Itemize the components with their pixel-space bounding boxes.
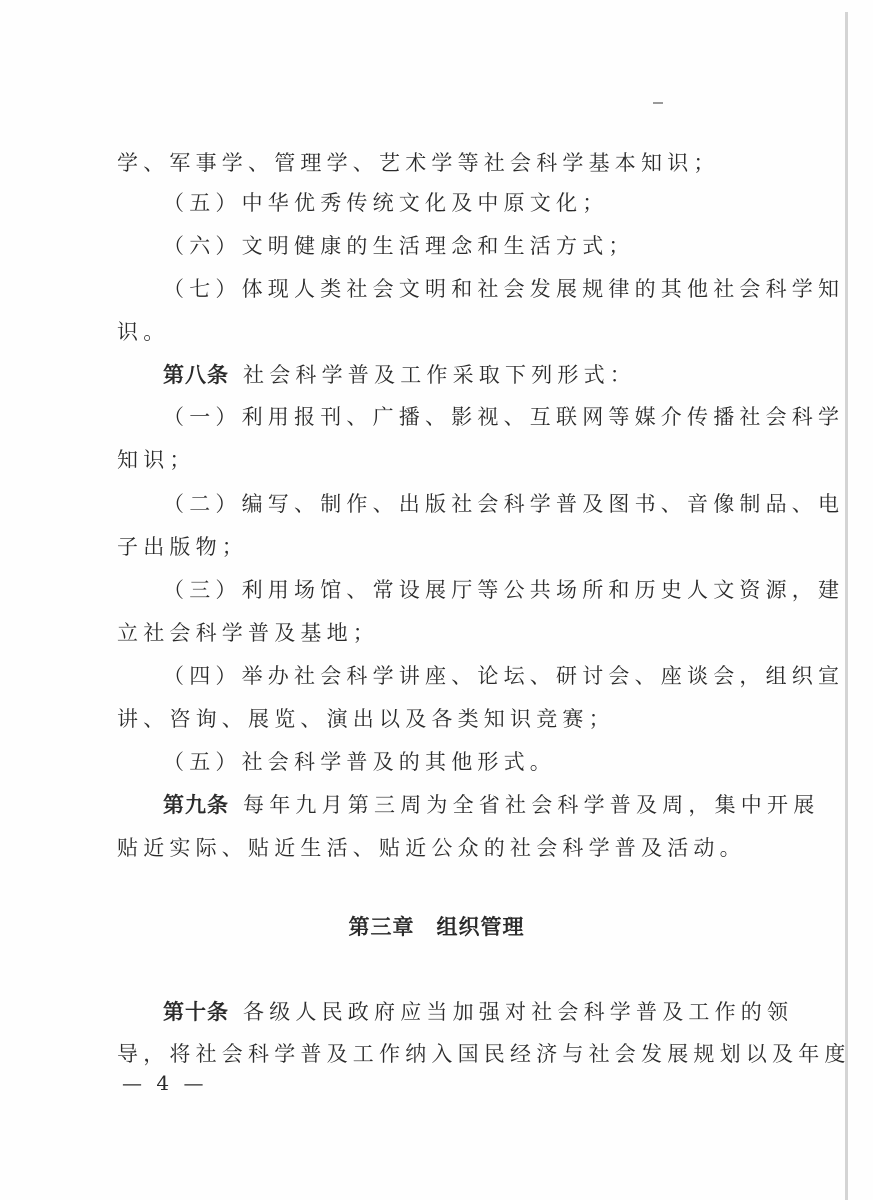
article-label: 第八条 bbox=[163, 363, 229, 387]
list-item: （五）社会科学普及的其他形式。 bbox=[163, 747, 803, 777]
chapter-title: 组织管理 bbox=[437, 915, 525, 939]
list-item: （四）举办社会科学讲座、论坛、研讨会、座谈会，组织宣 bbox=[163, 661, 803, 691]
text-line: 识。 bbox=[117, 317, 757, 347]
text-line: 子出版物； bbox=[117, 532, 757, 562]
text-line: 贴近实际、贴近生活、贴近公众的社会科学普及活动。 bbox=[117, 833, 757, 863]
text-line: 立社会科学普及基地； bbox=[117, 618, 757, 648]
article-text: 各级人民政府应当加强对社会科学普及工作的领 bbox=[243, 1000, 793, 1024]
page-number: — 4 — bbox=[122, 1070, 207, 1096]
chapter-heading: 第三章组织管理 bbox=[0, 912, 873, 942]
page-edge-line bbox=[845, 12, 848, 1200]
text-line: 学、军事学、管理学、艺术学等社会科学基本知识； bbox=[117, 148, 757, 178]
list-item: （一）利用报刊、广播、影视、互联网等媒介传播社会科学 bbox=[163, 402, 803, 432]
chapter-number: 第三章 bbox=[349, 915, 415, 939]
text-line: 导，将社会科学普及工作纳入国民经济与社会发展规划以及年度 bbox=[117, 1039, 757, 1069]
article-10: 第十条各级人民政府应当加强对社会科学普及工作的领 bbox=[163, 997, 803, 1027]
list-item: （六）文明健康的生活理念和生活方式； bbox=[163, 231, 803, 261]
article-8: 第八条社会科学普及工作采取下列形式： bbox=[163, 360, 803, 390]
list-item: （五）中华优秀传统文化及中原文化； bbox=[163, 188, 803, 218]
article-label: 第九条 bbox=[163, 793, 229, 817]
list-item: （七）体现人类社会文明和社会发展规律的其他社会科学知 bbox=[163, 274, 803, 304]
article-text: 社会科学普及工作采取下列形式： bbox=[243, 363, 636, 387]
document-page: 学、军事学、管理学、艺术学等社会科学基本知识； （五）中华优秀传统文化及中原文化… bbox=[0, 0, 873, 1200]
text-line: 知识； bbox=[117, 445, 757, 475]
article-9: 第九条每年九月第三周为全省社会科学普及周，集中开展 bbox=[163, 790, 803, 820]
list-item: （二）编写、制作、出版社会科学普及图书、音像制品、电 bbox=[163, 489, 803, 519]
article-text: 每年九月第三周为全省社会科学普及周，集中开展 bbox=[243, 793, 819, 817]
scan-artifact bbox=[653, 102, 663, 104]
article-label: 第十条 bbox=[163, 1000, 229, 1024]
text-line: 讲、咨询、展览、演出以及各类知识竞赛； bbox=[117, 704, 757, 734]
list-item: （三）利用场馆、常设展厅等公共场所和历史人文资源，建 bbox=[163, 575, 803, 605]
